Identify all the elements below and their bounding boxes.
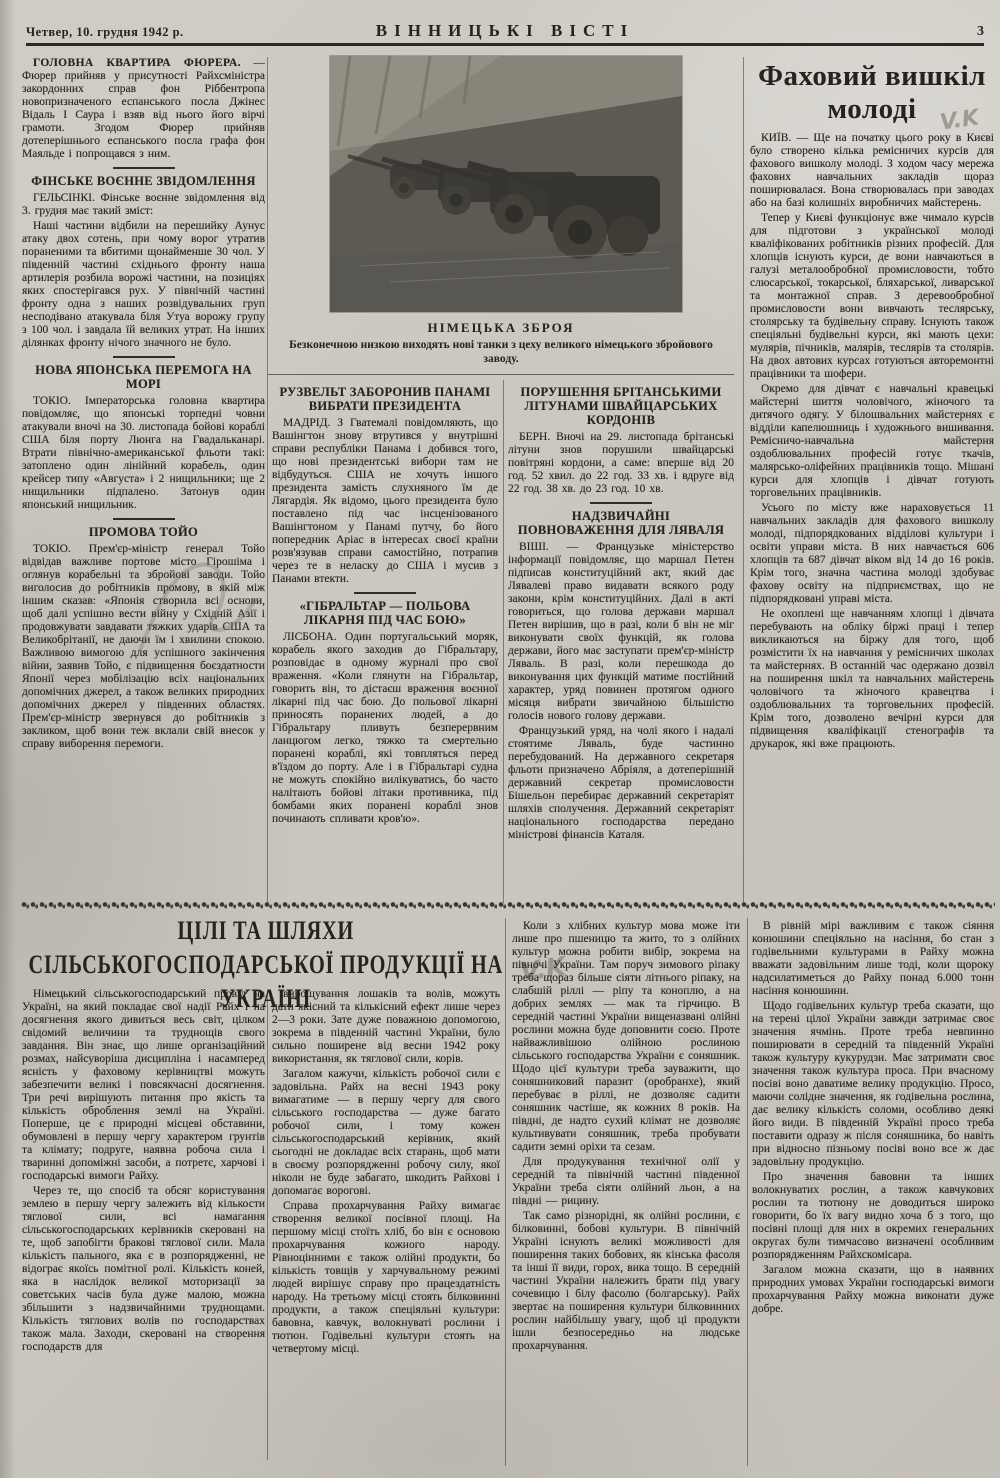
- article-paragraph: Через те, що спосіб та обсяг користуванн…: [22, 1185, 265, 1354]
- headline-tojo-speech: ПРОМОВА ТОЙО: [26, 525, 261, 539]
- article-paragraph: Загалом можна сказати, що в наявних прир…: [752, 1264, 994, 1316]
- masthead: Четвер, 10. грудня 1942 р. ВІННИЦЬКІ ВІС…: [26, 16, 984, 46]
- column-rule: [503, 380, 504, 903]
- article-paragraph: вирощування лошаків та волів, можуть дат…: [272, 988, 500, 1066]
- photo-caption-text: Безконечною низкою виходять нові танки з…: [268, 339, 734, 366]
- column-bottom-2: вирощування лошаків та волів, можуть дат…: [272, 988, 500, 1474]
- column-bottom-1: Німецький сільськогосподарський провід н…: [22, 988, 265, 1470]
- article-paragraph: Загалом кажучи, кількість робочої сили є…: [272, 1068, 500, 1198]
- tanks-photo: [330, 56, 682, 312]
- article-body: — Фюрер прийняв у присутності Райхсмініс…: [22, 57, 265, 160]
- newspaper-page: Четвер, 10. грудня 1942 р. ВІННИЦЬКІ ВІС…: [0, 0, 1000, 1478]
- page-number: 3: [684, 24, 984, 43]
- article-paragraph: Щодо годівельних культур треба сказати, …: [752, 1000, 994, 1169]
- article-paragraph: Для продукування технічної олії у середн…: [512, 1156, 740, 1208]
- column-right: КИЇВ. — Ще на початку цього року в Києві…: [750, 132, 994, 902]
- column-middle-left: РУЗВЕЛЬТ ЗАБОРОНИВ ПАНАМІ ВИБРАТИ ПРЕЗИД…: [272, 380, 498, 904]
- scan-edge-shadow: [0, 0, 16, 1478]
- headline-swiss-borders: ПОРУШЕННЯ БРІТАНСЬКИМИ ЛІТУНАМИ ШВАЙЦАРС…: [512, 385, 730, 427]
- article-paragraph: Окремо для дівчат є навчальні кравецькі …: [750, 383, 994, 500]
- column-rule: [505, 918, 506, 1466]
- article-paragraph: ТОКІО. Імператорська головна квартира по…: [22, 395, 265, 512]
- section-divider: [20, 902, 995, 909]
- headline-gibraltar: «ГІБРАЛЬТАР — ПОЛЬОВА ЛІКАРНЯ ПІД ЧАС БО…: [276, 599, 494, 627]
- article-fuehrer-hq: ГОЛОВНА КВАРТИРА ФЮРЕРА. — Фюрер прийняв…: [22, 57, 265, 161]
- article-separator: [354, 592, 416, 594]
- column-bottom-3: Коли з хлібних культур мова може іти лиш…: [512, 920, 740, 1472]
- article-paragraph: В рівній мірі важливим є також сіяння ко…: [752, 920, 994, 998]
- photo-caption: НІМЕЦЬКА ЗБРОЯ Безконечною низкою виходя…: [268, 320, 734, 366]
- tanks-photo-image: [330, 56, 682, 312]
- headline-finnish-report: ФІНСЬКЕ ВОЄННЕ ЗВІДОМЛЕННЯ: [26, 174, 261, 188]
- article-paragraph: Усього по місту вже нараховується 11 нав…: [750, 502, 994, 606]
- article-paragraph: Французький уряд, на чолі якого і надалі…: [508, 725, 734, 842]
- article-separator: [113, 518, 175, 520]
- article-paragraph: МАДРІД. З Гватемалі повідомляють, що Ваш…: [272, 417, 498, 586]
- article-paragraph: ГЕЛЬСІНКІ. Фінське воєнне звідомлення ві…: [22, 192, 265, 218]
- column-rule: [743, 57, 744, 903]
- article-paragraph: Справа прохарчування Райху вимагає створ…: [272, 1200, 500, 1356]
- photo-caption-title: НІМЕЦЬКА ЗБРОЯ: [268, 320, 734, 336]
- column-rule: [267, 57, 268, 903]
- headline-japanese-victory: НОВА ЯПОНСЬКА ПЕРЕМОГА НА МОРІ: [26, 363, 261, 391]
- column-rule: [747, 918, 748, 1466]
- article-paragraph: ЛІСБОНА. Один португальський моряк, кора…: [272, 631, 498, 826]
- article-paragraph: Наші частини відбили на перешийку Аунус …: [22, 220, 265, 350]
- article-paragraph: БЕРН. Вночі на 29. листопада брітанські …: [508, 431, 734, 496]
- article-separator: [113, 167, 175, 169]
- column-bottom-4: В рівній мірі важливим є також сіяння ко…: [752, 920, 994, 1472]
- newspaper-title: ВІННИЦЬКІ ВІСТІ: [326, 21, 684, 43]
- caption-rule: [268, 374, 734, 375]
- article-paragraph: Так само різнорідні, як олійні рослини, …: [512, 1210, 740, 1353]
- column-left: ГОЛОВНА КВАРТИРА ФЮРЕРА. — Фюрер прийняв…: [22, 57, 265, 905]
- issue-date: Четвер, 10. грудня 1942 р.: [26, 25, 326, 43]
- article-paragraph: Коли з хлібних культур мова може іти лиш…: [512, 920, 740, 1154]
- article-paragraph: КИЇВ. — Ще на початку цього року в Києві…: [750, 132, 994, 210]
- article-paragraph: ВІШІ. — Французьке міністерство інформац…: [508, 541, 734, 723]
- article-separator: [590, 502, 652, 504]
- column-rule: [267, 990, 268, 1460]
- article-paragraph: Про значення бавовни та інших волокнуват…: [752, 1171, 994, 1262]
- article-paragraph: Німецький сільськогосподарський провід н…: [22, 988, 265, 1183]
- headline-laval-powers: НАДЗВИЧАЙНІ ПОВНОВАЖЕННЯ ДЛЯ ЛЯВАЛЯ: [512, 509, 730, 537]
- pencil-scribble: [120, 540, 270, 670]
- article-title-runin: ГОЛОВНА КВАРТИРА ФЮРЕРА.: [33, 57, 241, 69]
- article-paragraph: Тепер у Києві функціонує вже чимало курс…: [750, 212, 994, 381]
- column-middle-right: ПОРУШЕННЯ БРІТАНСЬКИМИ ЛІТУНАМИ ШВАЙЦАРС…: [508, 380, 734, 904]
- headline-roosevelt-panama: РУЗВЕЛЬТ ЗАБОРОНИВ ПАНАМІ ВИБРАТИ ПРЕЗИД…: [276, 385, 494, 413]
- article-paragraph: Не охоплені ще навчанням хлопці і дівчат…: [750, 608, 994, 751]
- article-separator: [113, 356, 175, 358]
